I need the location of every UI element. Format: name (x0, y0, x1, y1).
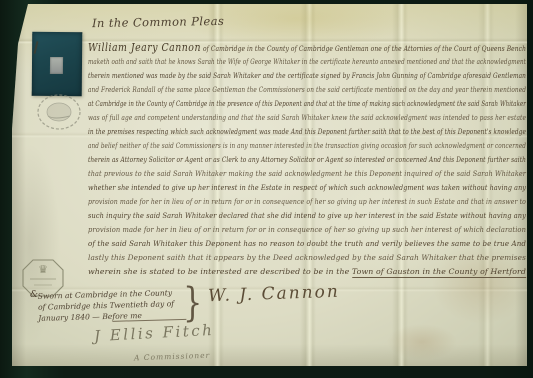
embossed-wafer-stamp-icon (50, 57, 63, 74)
blue-duty-stamp-patch (32, 32, 83, 96)
body-line: provision made for her in lieu of or in … (88, 223, 526, 237)
body-line: such inquiry the said Sarah Whitaker dec… (88, 209, 526, 223)
body-line: maketh oath and saith that he knows Sara… (88, 55, 526, 69)
deponent-signature: W. J. Cannon (208, 282, 340, 307)
commissioner-title: A Commissioner (134, 351, 210, 363)
body-line: at Cambridge in the County of Cambridge … (88, 97, 526, 111)
body-line: therein mentioned was made by the said S… (88, 69, 526, 83)
parchment-page: ♛ In the Common Pleas William Jeary Cann… (12, 4, 527, 366)
body-line: therein as Attorney Solicitor or Agent o… (88, 153, 526, 167)
jurat-bracket: } (183, 283, 202, 323)
jurat-block: Sworn at Cambridge in the County of Camb… (38, 287, 175, 324)
underlined-locality: Town of Gauston in the County of Hertfor… (352, 268, 526, 278)
postmark-stamp-icon (36, 92, 82, 132)
body-line: whether she intended to give up her inte… (88, 181, 526, 195)
body-line: in the premises respecting which such ac… (88, 125, 526, 139)
body-line: and Frederick Randall of the same place … (88, 83, 526, 97)
affidavit-body: William Jeary Cannon of Cambridge in the… (88, 40, 526, 279)
body-line: provision made for her in lieu of or in … (88, 195, 526, 209)
court-header: In the Common Pleas (92, 14, 224, 30)
body-line: of the said Sarah Whitaker this Deponent… (88, 237, 526, 251)
final-line-prefix: wherein she is stated to be interested a… (88, 268, 352, 276)
commissioner-signature: J Ellis Fitch (94, 321, 215, 345)
jurat-line: January 1840 — Before me (38, 309, 174, 324)
body-line: William Jeary Cannon of Cambridge in the… (88, 40, 526, 55)
body-line-text: of Cambridge in the County of Cambridge … (201, 45, 526, 53)
body-line-final: wherein she is stated to be interested a… (88, 265, 526, 279)
stain (387, 324, 457, 360)
body-line: that previous to the said Sarah Whitaker… (88, 167, 526, 181)
body-line: was of full age and competent understand… (88, 111, 526, 125)
crown-icon: ♛ (38, 263, 48, 276)
body-line: lastly this Deponent saith that it appea… (88, 251, 526, 265)
deponent-name: William Jeary Cannon (88, 41, 201, 54)
document-photo: ♛ In the Common Pleas William Jeary Cann… (0, 0, 533, 378)
body-line: and belief neither of the said Commissio… (88, 139, 526, 153)
